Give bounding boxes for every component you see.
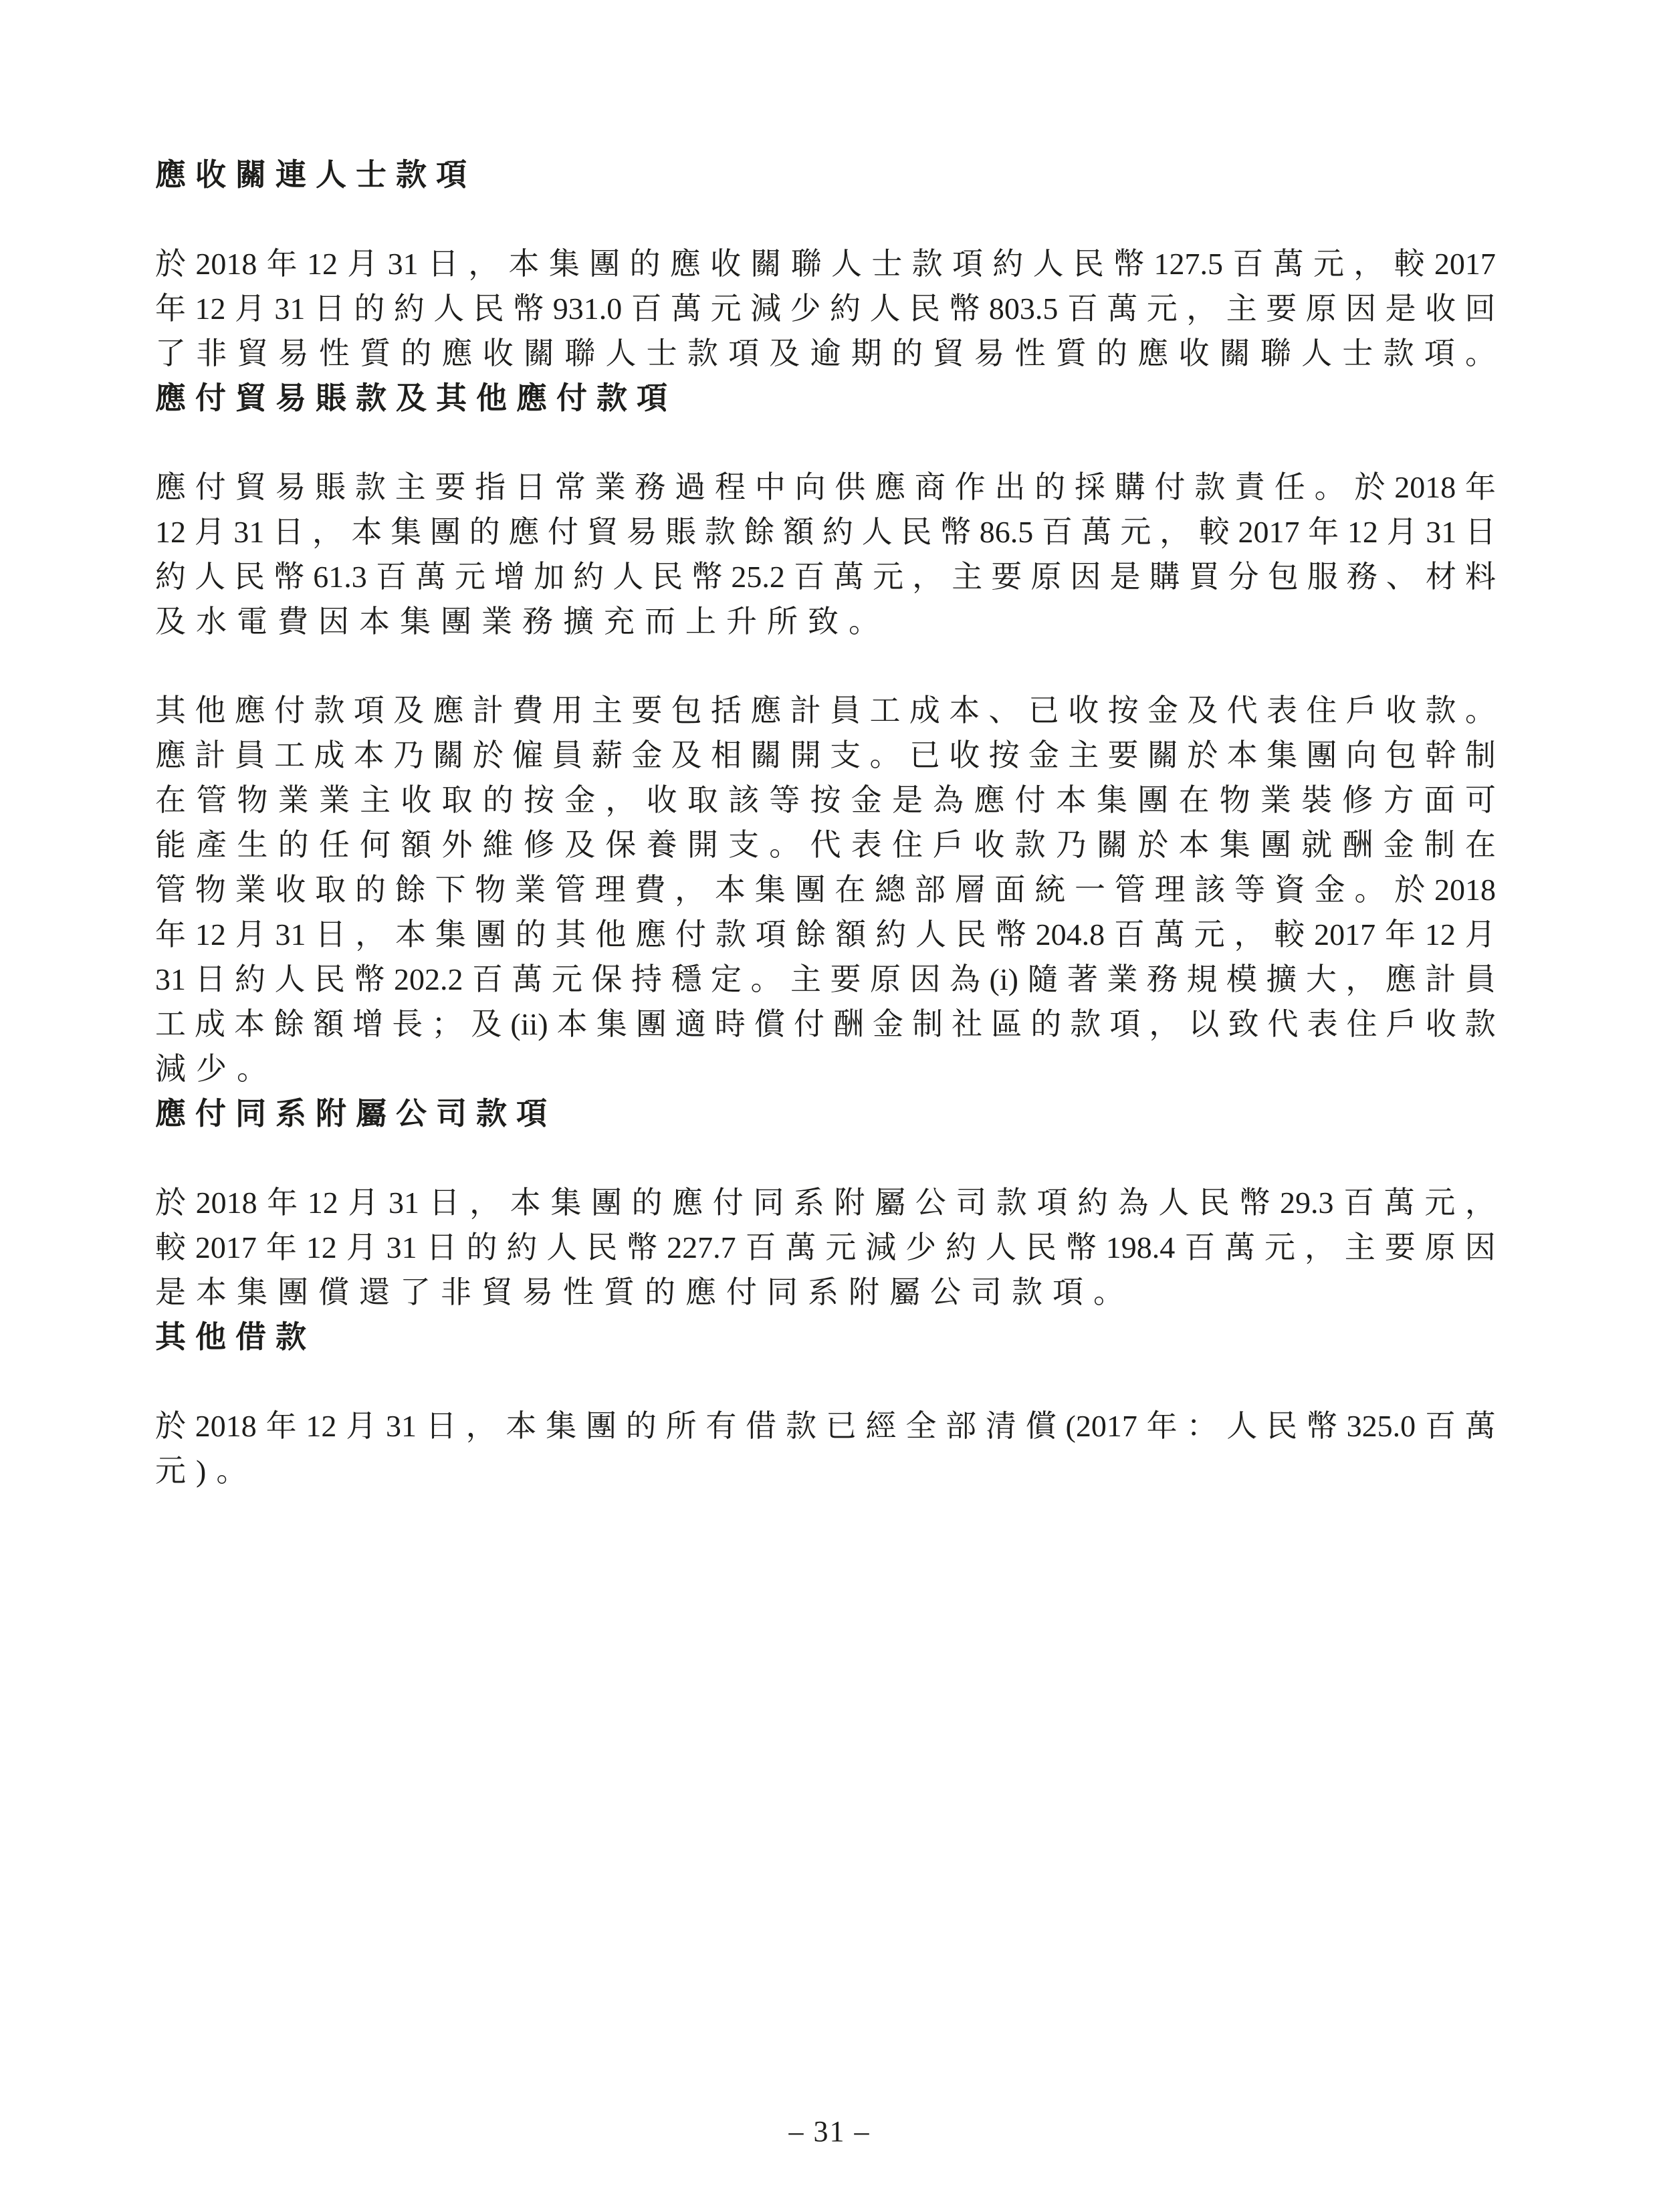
- section-trade-and-other-payables: 應付貿易賬款及其他應付款項 應付貿易賬款主要指日常業務過程中向供應商作出的採購付…: [155, 376, 1496, 1091]
- text-line: 其他應付款項及應計費用主要包括應計員工成本、已收按金及代表住戶收款。: [155, 688, 1496, 733]
- page-number: – 31 –: [0, 2112, 1659, 2152]
- text-line: 元)。: [155, 1448, 1496, 1493]
- text-line: 於2018年12月31日，本集團的所有借款已經全部清償(2017年：人民幣325…: [155, 1404, 1496, 1448]
- text-line: 能產生的任何額外維修及保養開支。代表住戶收款乃關於本集團就酬金制在: [155, 822, 1496, 867]
- section-amounts-due-from-related-parties: 應收關連人士款項 於2018年12月31日，本集團的應收關聯人士款項約人民幣12…: [155, 152, 1496, 376]
- document-page: 應收關連人士款項 於2018年12月31日，本集團的應收關聯人士款項約人民幣12…: [0, 0, 1659, 2212]
- section-amounts-due-to-fellow-subsidiaries: 應付同系附屬公司款項 於2018年12月31日，本集團的應付同系附屬公司款項約為…: [155, 1091, 1496, 1315]
- paragraph: 其他應付款項及應計費用主要包括應計員工成本、已收按金及代表住戶收款。 應計員工成…: [155, 688, 1496, 1091]
- text-line: 減少。: [155, 1046, 1496, 1091]
- section-heading: 應付貿易賬款及其他應付款項: [155, 376, 1496, 421]
- text-line: 12月31日，本集團的應付貿易賬款餘額約人民幣86.5百萬元，較2017年12月…: [155, 510, 1496, 554]
- section-heading: 其他借款: [155, 1315, 1496, 1359]
- text-line: 於2018年12月31日，本集團的應收關聯人士款項約人民幣127.5百萬元，較2…: [155, 241, 1496, 286]
- section-heading: 應收關連人士款項: [155, 152, 1496, 197]
- text-line: 約人民幣61.3百萬元增加約人民幣25.2百萬元，主要原因是購買分包服務、材料: [155, 554, 1496, 599]
- paragraph: 於2018年12月31日，本集團的所有借款已經全部清償(2017年：人民幣325…: [155, 1404, 1496, 1493]
- text-line: 31日約人民幣202.2百萬元保持穩定。主要原因為(i)隨著業務規模擴大，應計員: [155, 957, 1496, 1002]
- text-line: 應付貿易賬款主要指日常業務過程中向供應商作出的採購付款責任。於2018年: [155, 465, 1496, 510]
- text-line: 管物業收取的餘下物業管理費，本集團在總部層面統一管理該等資金。於2018: [155, 867, 1496, 912]
- paragraph: 應付貿易賬款主要指日常業務過程中向供應商作出的採購付款責任。於2018年 12月…: [155, 465, 1496, 644]
- text-line: 應計員工成本乃關於僱員薪金及相關開支。已收按金主要關於本集團向包幹制: [155, 733, 1496, 778]
- text-line: 工成本餘額增長；及(ii)本集團適時償付酬金制社區的款項，以致代表住戶收款: [155, 1002, 1496, 1046]
- text-line: 年12月31日的約人民幣931.0百萬元減少約人民幣803.5百萬元，主要原因是…: [155, 286, 1496, 331]
- text-line: 了非貿易性質的應收關聯人士款項及逾期的貿易性質的應收關聯人士款項。: [155, 331, 1496, 376]
- paragraph: 於2018年12月31日，本集團的應付同系附屬公司款項約為人民幣29.3百萬元，…: [155, 1180, 1496, 1315]
- paragraph: 於2018年12月31日，本集團的應收關聯人士款項約人民幣127.5百萬元，較2…: [155, 241, 1496, 376]
- text-line: 於2018年12月31日，本集團的應付同系附屬公司款項約為人民幣29.3百萬元，: [155, 1180, 1496, 1225]
- text-line: 是本集團償還了非貿易性質的應付同系附屬公司款項。: [155, 1270, 1496, 1315]
- section-heading: 應付同系附屬公司款項: [155, 1091, 1496, 1136]
- text-line: 及水電費因本集團業務擴充而上升所致。: [155, 599, 1496, 644]
- text-line: 年12月31日，本集團的其他應付款項餘額約人民幣204.8百萬元，較2017年1…: [155, 912, 1496, 957]
- page-content: 應收關連人士款項 於2018年12月31日，本集團的應收關聯人士款項約人民幣12…: [155, 152, 1496, 1493]
- text-line: 較2017年12月31日的約人民幣227.7百萬元減少約人民幣198.4百萬元，…: [155, 1225, 1496, 1270]
- text-line: 在管物業業主收取的按金，收取該等按金是為應付本集團在物業裝修方面可: [155, 778, 1496, 822]
- section-other-borrowings: 其他借款 於2018年12月31日，本集團的所有借款已經全部清償(2017年：人…: [155, 1315, 1496, 1493]
